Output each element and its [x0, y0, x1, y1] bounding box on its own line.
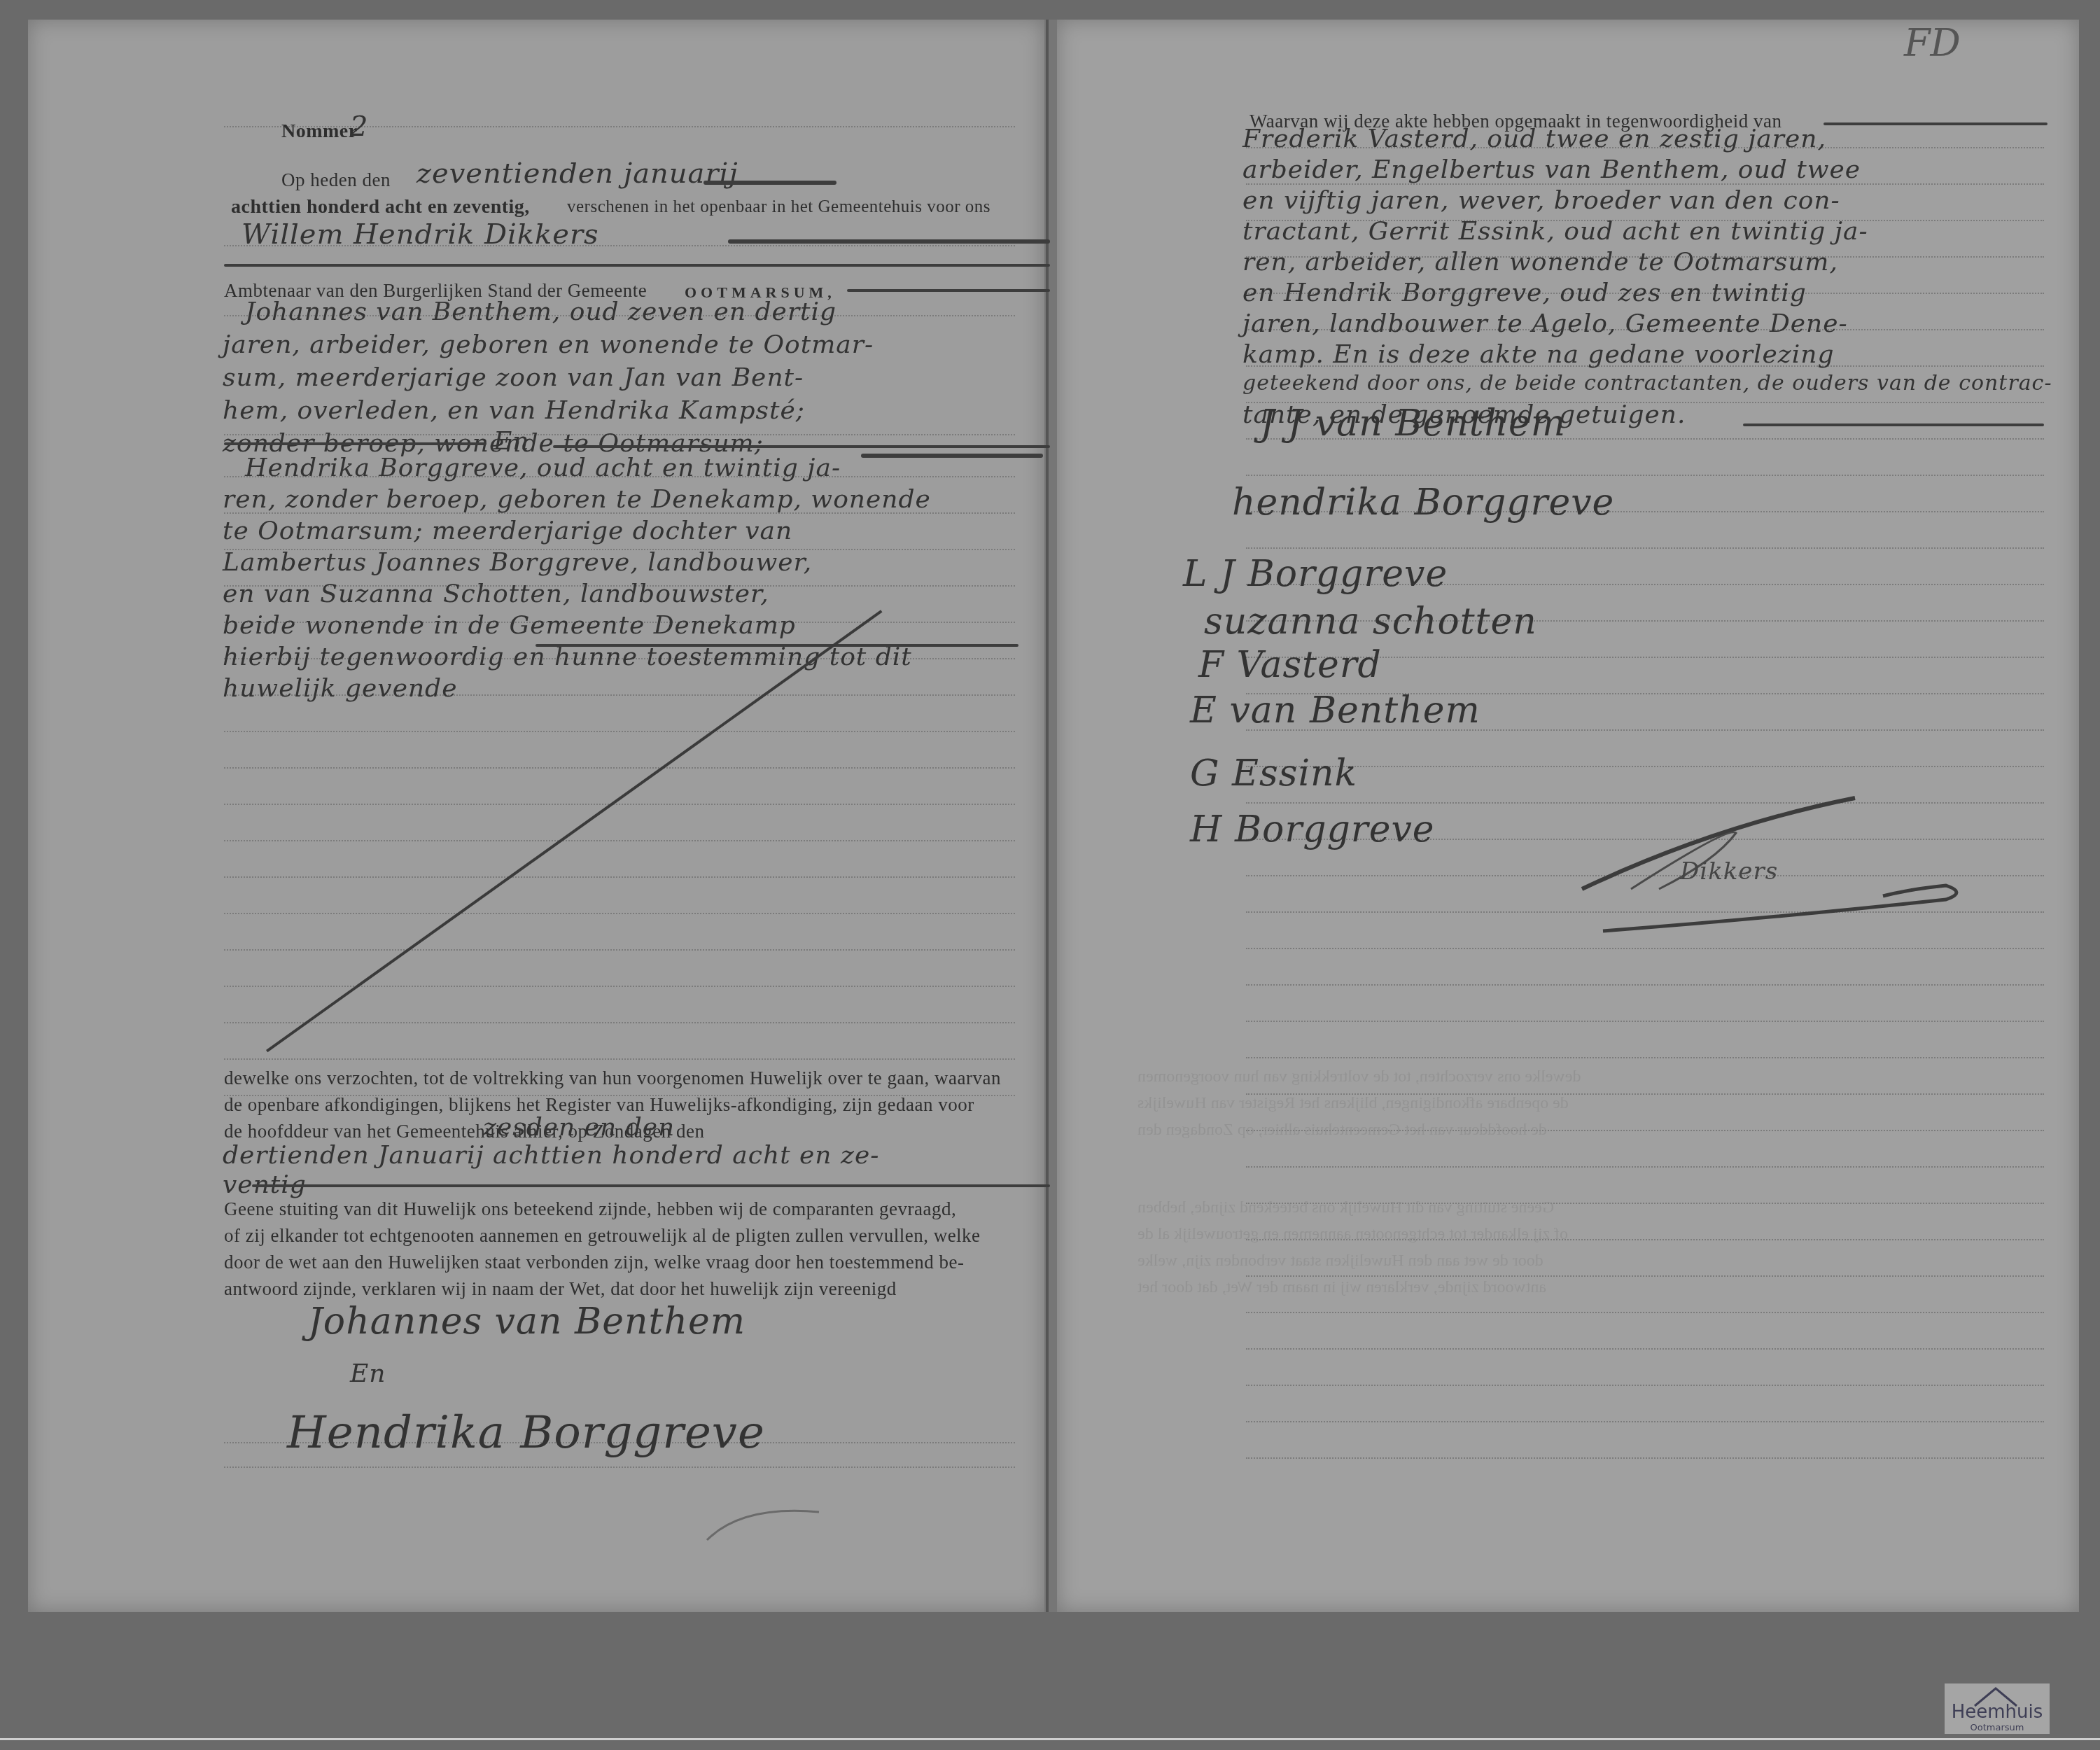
witness-line: ren, arbeider, allen wonende te Ootmarsu…: [1242, 248, 1838, 276]
declaration-line: of zij elkander tot echtgenooten aanneme…: [224, 1225, 981, 1247]
united-bride-name: Hendrika Borggreve: [287, 1407, 765, 1459]
official-signature-text: Dikkers: [1680, 857, 1778, 885]
groom-line: hem, overleden, en van Hendrika Kampsté;: [223, 396, 805, 425]
proclamation-date: zesden en den: [483, 1113, 675, 1142]
declaration-line: door de wet aan den Huwelijken staat ver…: [224, 1252, 964, 1273]
declaration-line: antwoord zijnde, verklaren wij in naam d…: [224, 1278, 897, 1300]
date-prefix: Op heden den: [281, 169, 391, 191]
pen-flourish-icon: [700, 1498, 826, 1547]
conjunction-en: En: [493, 427, 529, 456]
signature-witness-essink: G Essink: [1190, 752, 1357, 794]
folio-mark: FD: [1904, 21, 1961, 65]
scanner-edge-line: [0, 1738, 2100, 1740]
united-groom-name: Johannes van Benthem: [308, 1301, 745, 1343]
appeared-text: verschenen in het openbaar in het Gemeen…: [567, 197, 990, 217]
bride-line: ren, zonder beroep, geboren te Denekamp,…: [223, 485, 931, 514]
bride-line: en van Suzanna Schotten, landbouwster,: [223, 580, 769, 608]
bride-line: huwelijk gevende: [223, 674, 457, 703]
heemhuis-watermark: Heemhuis Ootmarsum: [1945, 1683, 2050, 1734]
witness-line: tractant, Gerrit Essink, oud acht en twi…: [1242, 217, 1868, 246]
fill-line: [553, 445, 1050, 448]
fill-line: [1743, 423, 2044, 426]
witness-line: en vijftig jaren, wever, broeder van den…: [1242, 186, 1840, 215]
witness-line: jaren, landbouwer te Agelo, Gemeente Den…: [1242, 309, 1848, 338]
groom-line: jaren, arbeider, geboren en wonende te O…: [223, 330, 874, 359]
signature-bride-father: L J Borggreve: [1183, 553, 1448, 595]
bride-line: hierbij tegenwoordig en hunne toestemmin…: [223, 643, 912, 671]
conjunction-en-2: En: [350, 1359, 386, 1388]
witness-line: kamp. En is deze akte na gedane voorlezi…: [1242, 340, 1835, 369]
groom-line: Johannes van Benthem, oud zeven en derti…: [245, 297, 836, 326]
fill-line: [728, 239, 1050, 244]
request-line: dewelke ons verzochten, tot de voltrekki…: [224, 1067, 1001, 1089]
signature-groom: J J van Benthem: [1260, 402, 1566, 444]
fill-line: [535, 644, 1018, 647]
declaration-line: Geene stuiting van dit Huwelijk ons bete…: [224, 1198, 956, 1220]
witness-line: arbeider, Engelbertus van Benthem, oud t…: [1242, 155, 1861, 184]
witness-line: en Hendrik Borggreve, oud zes en twintig: [1242, 279, 1807, 307]
bride-line: Lambertus Joannes Borggreve, landbouwer,: [223, 548, 812, 577]
bride-line: beide wonende in de Gemeente Denekamp: [223, 611, 796, 640]
fill-line: [224, 442, 486, 445]
fill-line: [847, 289, 1050, 292]
fill-line: [861, 454, 1043, 458]
bride-line: te Ootmarsum; meerderjarige dochter van: [223, 517, 792, 545]
fill-line: [224, 264, 1050, 267]
fill-line: [703, 181, 836, 185]
witness-line: geteekend door ons, de beide contractant…: [1242, 371, 2052, 395]
official-name: Willem Hendrik Dikkers: [241, 218, 599, 251]
signature-witness-borggreve: H Borggreve: [1190, 808, 1435, 850]
nummer-value: 2: [350, 111, 368, 143]
groom-line: sum, meerderjarige zoon van Jan van Bent…: [223, 363, 804, 392]
signature-witness-benthem: E van Benthem: [1190, 689, 1480, 731]
bride-line: Hendrika Borggreve, oud acht en twintig …: [245, 454, 841, 482]
fill-line: [1823, 122, 2047, 125]
date-value: zeventienden januarij: [416, 157, 738, 190]
proclamation-date: dertienden Januarij achttien honderd ach…: [223, 1141, 879, 1170]
signature-bride: hendrika Borggreve: [1232, 482, 1614, 524]
witness-line: Frederik Vasterd, oud twee en zestig jar…: [1242, 125, 1826, 153]
signature-bride-mother: suzanna schotten: [1204, 601, 1537, 643]
nummer-label: Nommer: [281, 120, 358, 143]
spine-fold-line: [1046, 20, 1049, 1612]
signature-witness-vasterd: F Vasterd: [1198, 644, 1382, 686]
year-printed: achttien honderd acht en zeventig,: [231, 196, 530, 218]
fill-line: [252, 1184, 1050, 1187]
watermark-sub: Ootmarsum: [1945, 1723, 2050, 1733]
watermark-name: Heemhuis: [1945, 1702, 2050, 1723]
